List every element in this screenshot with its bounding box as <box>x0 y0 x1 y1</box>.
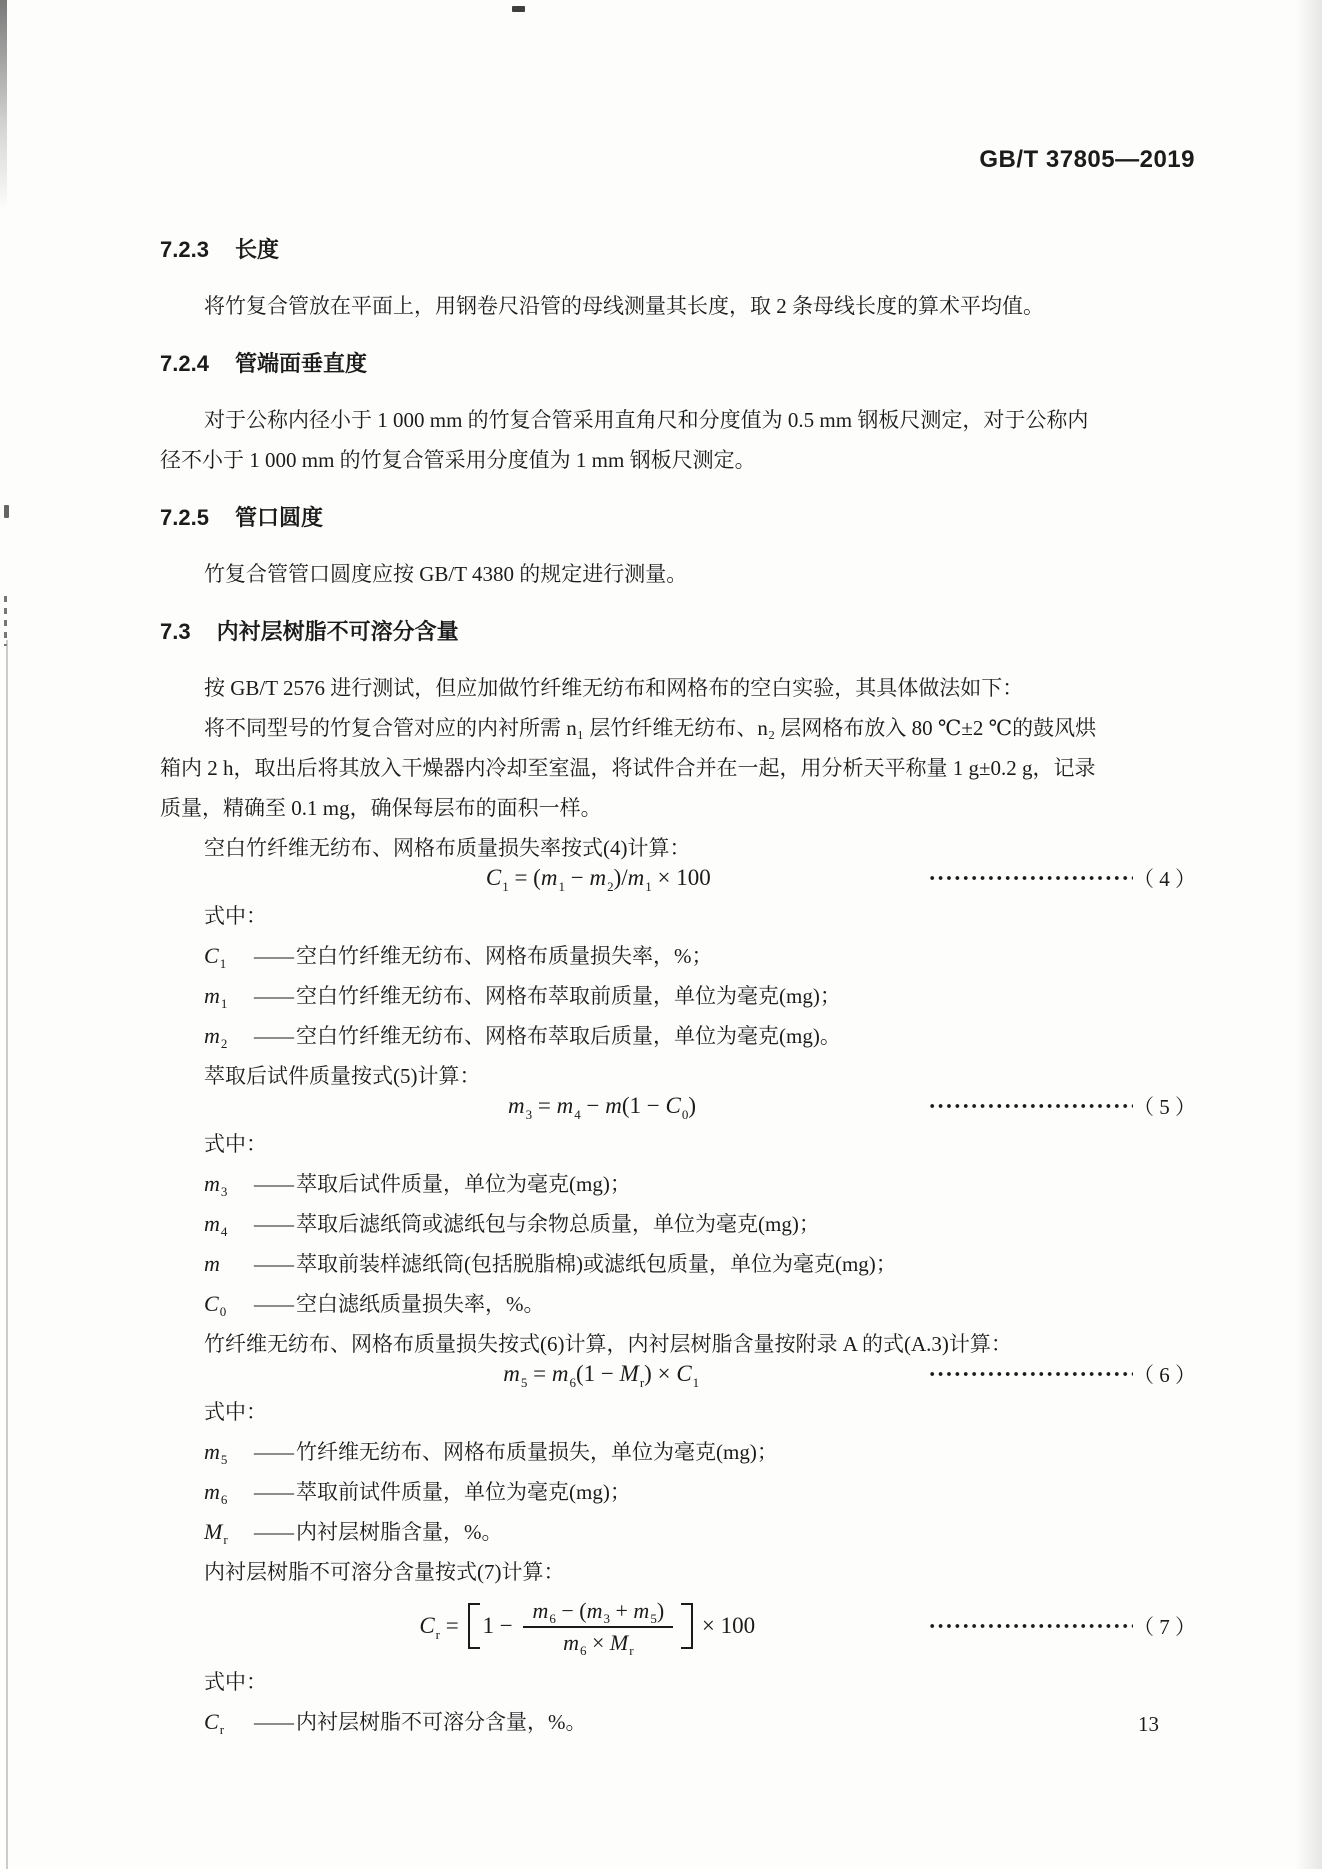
section-heading: 7.2.3长度 <box>160 230 1195 270</box>
math-operator: ) <box>657 1598 664 1623</box>
definition-variable: m <box>204 1244 254 1284</box>
section-number: 7.2.4 <box>160 351 209 376</box>
definition-description: 空白竹纤维无纺布、网格布质量损失率，%； <box>296 936 1195 976</box>
right-square-bracket <box>681 1603 693 1650</box>
math-variable: m3 <box>587 1598 610 1623</box>
math-variable-letter: m <box>204 1439 220 1464</box>
definition-variable: m2 <box>204 1016 254 1056</box>
math-variable: m1 <box>628 865 652 891</box>
math-operator: − ( <box>556 1598 587 1623</box>
math-variable-letter: C <box>486 865 501 890</box>
definition-row: m4——萃取后滤纸筒或滤纸包与余物总质量，单位为毫克(mg)； <box>160 1204 1195 1244</box>
section-heading: 7.3内衬层树脂不可溶分含量 <box>160 612 1195 652</box>
math-variable-letter: m <box>204 983 220 1008</box>
math-variable-letter: m <box>563 1630 579 1655</box>
math-subscript: r <box>629 1643 633 1658</box>
math-variable-letter: C <box>419 1613 434 1638</box>
math-variable-letter: C <box>204 1291 219 1316</box>
math-variable: Cr <box>204 1709 224 1734</box>
definition-description: 萃取前装样滤纸筒(包括脱脂棉)或滤纸包质量，单位为毫克(mg)； <box>296 1244 1195 1284</box>
definition-description: 萃取后试件质量，单位为毫克(mg)； <box>296 1164 1195 1204</box>
formula-7: Cr = 1 − m6 − (m3 + m5)m6 × Mr × 100 <box>419 1597 755 1656</box>
math-variable-letter: m <box>589 865 606 890</box>
math-variable-letter: m <box>204 1023 220 1048</box>
math-subscript: r <box>223 1532 227 1547</box>
left-square-bracket <box>468 1603 480 1650</box>
scan-artifact-left-hairline <box>6 640 8 1869</box>
math-variable: C1 <box>204 943 226 968</box>
math-variable: C0 <box>665 1093 688 1119</box>
math-subscript: 4 <box>221 1224 228 1239</box>
formula-pre: 1 − <box>483 1613 519 1639</box>
math-variable: Mr <box>204 1519 228 1544</box>
scan-artifact-right-shade <box>1296 0 1322 1869</box>
definition-description: 内衬层树脂不可溶分含量，%。 <box>296 1702 1195 1742</box>
paragraph-line: 式中： <box>160 1124 1195 1164</box>
section-number: 7.2.3 <box>160 237 209 262</box>
math-operator: − <box>581 1093 605 1119</box>
definition-row: C1——空白竹纤维无纺布、网格布质量损失率，%； <box>160 936 1195 976</box>
math-subscript: 3 <box>221 1184 228 1199</box>
paragraph-line: 式中： <box>160 896 1195 936</box>
math-subscript: 5 <box>221 1452 228 1467</box>
formula-dotted-leader <box>928 1623 1133 1629</box>
math-variable-letter: C <box>204 1709 219 1734</box>
definition-dash: —— <box>254 976 292 1016</box>
definition-row: Cr——内衬层树脂不可溶分含量，%。 <box>160 1702 1195 1742</box>
page-content: GB/T 37805—2019 7.2.3长度将竹复合管放在平面上，用钢卷尺沿管… <box>160 0 1195 1742</box>
formula-dotted-leader <box>928 1103 1133 1109</box>
math-variable-letter: C <box>665 1093 680 1118</box>
math-operator: = <box>527 1361 551 1387</box>
math-variable: m2 <box>204 1023 227 1048</box>
section-heading: 7.2.4管端面垂直度 <box>160 344 1195 384</box>
definition-row: m2——空白竹纤维无纺布、网格布萃取后质量，单位为毫克(mg)。 <box>160 1016 1195 1056</box>
math-variable-letter: m <box>204 1479 220 1504</box>
math-operator: (1 − <box>622 1093 666 1119</box>
formula-6: m5 = m6(1 − Mr) × C1 <box>503 1361 699 1387</box>
paragraph-line: 质量，精确至 0.1 mg，确保每层布的面积一样。 <box>160 788 1195 828</box>
paragraph-line: 箱内 2 h，取出后将其放入干燥器内冷却至室温，将试件合并在一起，用分析天平称量… <box>160 748 1195 788</box>
definition-description: 空白竹纤维无纺布、网格布萃取后质量，单位为毫克(mg)。 <box>296 1016 1195 1056</box>
section-heading: 7.2.5管口圆度 <box>160 498 1195 538</box>
formula-number: （ 5 ） <box>1133 1091 1195 1121</box>
math-variable-letter: M <box>620 1361 639 1386</box>
paragraph-line: 按 GB/T 2576 进行测试，但应加做竹纤维无纺布和网格布的空白实验，其具体… <box>160 668 1195 708</box>
math-variable: m1 <box>204 983 227 1008</box>
math-operator: = <box>532 1093 556 1119</box>
math-variable: m5 <box>503 1361 527 1387</box>
math-variable: m6 <box>204 1479 227 1504</box>
formula-row-7: Cr = 1 − m6 − (m3 + m5)m6 × Mr × 100（ 7 … <box>160 1584 1195 1668</box>
math-operator: × <box>586 1630 609 1655</box>
formula-4: C1 = (m1 − m2)/m1 × 100 <box>486 865 711 891</box>
definition-row: m3——萃取后试件质量，单位为毫克(mg)； <box>160 1164 1195 1204</box>
page-number: 13 <box>1138 1712 1159 1737</box>
formula-dotted-leader <box>928 1371 1133 1377</box>
math-variable-letter: m <box>633 1598 649 1623</box>
section-title: 长度 <box>235 237 279 262</box>
definition-variable: m4 <box>204 1204 254 1244</box>
section-title: 管口圆度 <box>235 505 323 530</box>
definition-row: m5——竹纤维无纺布、网格布质量损失，单位为毫克(mg)； <box>160 1432 1195 1472</box>
document-page: GB/T 37805—2019 7.2.3长度将竹复合管放在平面上，用钢卷尺沿管… <box>0 0 1322 1869</box>
definition-description: 竹纤维无纺布、网格布质量损失，单位为毫克(mg)； <box>296 1432 1195 1472</box>
math-variable: m3 <box>508 1093 532 1119</box>
math-operator: ) × <box>644 1361 676 1387</box>
math-variable-letter: m <box>628 865 645 890</box>
formula-5: m3 = m4 − m(1 − C0) <box>508 1093 696 1119</box>
math-subscript: 1 <box>221 996 228 1011</box>
paragraph-line: 对于公称内径小于 1 000 mm 的竹复合管采用直角尺和分度值为 0.5 mm… <box>160 400 1195 440</box>
fraction-numerator: m6 − (m3 + m5) <box>523 1597 673 1628</box>
definition-row: m1——空白竹纤维无纺布、网格布萃取前质量，单位为毫克(mg)； <box>160 976 1195 1016</box>
fraction-denominator: m6 × Mr <box>563 1628 633 1655</box>
definition-variable: m5 <box>204 1432 254 1472</box>
math-variable-letter: m <box>204 1251 220 1276</box>
definition-dash: —— <box>254 1244 292 1284</box>
formula-dotted-leader <box>928 875 1133 881</box>
math-variable-letter: m <box>204 1171 220 1196</box>
section-title: 内衬层树脂不可溶分含量 <box>217 619 459 644</box>
math-variable: m5 <box>633 1598 656 1623</box>
math-variable: m <box>605 1093 622 1119</box>
definition-dash: —— <box>254 1204 292 1244</box>
math-variable-letter: M <box>204 1519 222 1544</box>
math-subscript: 1 <box>693 1375 700 1390</box>
math-operator: × 100 <box>652 865 711 891</box>
math-variable: m1 <box>541 865 565 891</box>
math-subscript: r <box>220 1722 224 1737</box>
definition-dash: —— <box>254 1016 292 1056</box>
paragraph-line: 式中： <box>160 1392 1195 1432</box>
definition-dash: —— <box>254 1512 292 1552</box>
document-body: 7.2.3长度将竹复合管放在平面上，用钢卷尺沿管的母线测量其长度，取 2 条母线… <box>160 212 1195 1742</box>
math-operator: )/ <box>614 865 628 891</box>
math-variable: m6 <box>552 1361 576 1387</box>
definition-variable: C0 <box>204 1284 254 1324</box>
math-variable-letter: m <box>508 1093 525 1118</box>
math-variable-letter: m <box>532 1598 548 1623</box>
math-variable-letter: m <box>557 1093 574 1118</box>
scan-artifact-left-dot <box>4 505 9 518</box>
paragraph-line: 竹复合管管口圆度应按 GB/T 4380 的规定进行测量。 <box>160 554 1195 594</box>
formula-number: （ 6 ） <box>1133 1359 1195 1389</box>
math-operator: (1 − <box>576 1361 620 1387</box>
math-variable: C1 <box>486 865 509 891</box>
definition-row: C0——空白滤纸质量损失率，%。 <box>160 1284 1195 1324</box>
math-variable: m4 <box>204 1211 227 1236</box>
formula-post: × 100 <box>696 1613 755 1639</box>
math-variable-letter: m <box>503 1361 520 1386</box>
fraction: m6 − (m3 + m5)m6 × Mr <box>523 1597 673 1656</box>
math-variable: m3 <box>204 1171 227 1196</box>
math-variable-letter: m <box>605 1093 622 1118</box>
math-operator: − <box>565 865 589 891</box>
math-variable: Mr <box>610 1630 634 1655</box>
definition-description: 空白滤纸质量损失率，%。 <box>296 1284 1195 1324</box>
math-operator: ) <box>688 1093 696 1119</box>
definition-description: 内衬层树脂含量，%。 <box>296 1512 1195 1552</box>
section-number: 7.2.5 <box>160 505 209 530</box>
definition-description: 萃取后滤纸筒或滤纸包与余物总质量，单位为毫克(mg)； <box>296 1204 1195 1244</box>
formula-number: （ 4 ） <box>1133 863 1195 893</box>
math-subscript: 2 <box>221 1036 228 1051</box>
scan-artifact-left-streak <box>0 0 7 210</box>
definition-dash: —— <box>254 1702 292 1742</box>
scan-artifact-left-dashes <box>4 596 7 646</box>
section-number: 7.3 <box>160 619 191 644</box>
definition-dash: —— <box>254 1472 292 1512</box>
math-variable: m6 <box>532 1598 555 1623</box>
definition-row: m——萃取前装样滤纸筒(包括脱脂棉)或滤纸包质量，单位为毫克(mg)； <box>160 1244 1195 1284</box>
definition-dash: —— <box>254 1164 292 1204</box>
paragraph-line: 将不同型号的竹复合管对应的内衬所需 n₁ 层竹纤维无纺布、n₂ 层网格布放入 8… <box>160 708 1195 748</box>
paragraph-line: 将竹复合管放在平面上，用钢卷尺沿管的母线测量其长度，取 2 条母线长度的算术平均… <box>160 286 1195 326</box>
section-title: 管端面垂直度 <box>235 351 367 376</box>
paragraph-line: 径不小于 1 000 mm 的竹复合管采用分度值为 1 mm 钢板尺测定。 <box>160 440 1195 480</box>
math-variable: m4 <box>557 1093 581 1119</box>
math-variable: Mr <box>620 1361 645 1387</box>
math-variable-letter: m <box>552 1361 569 1386</box>
definition-variable: Mr <box>204 1512 254 1552</box>
math-variable: C0 <box>204 1291 226 1316</box>
standard-code-header: GB/T 37805—2019 <box>160 140 1195 180</box>
math-variable: m2 <box>589 865 613 891</box>
math-variable-letter: m <box>587 1598 603 1623</box>
math-operator: = ( <box>509 865 541 891</box>
definition-variable: m3 <box>204 1164 254 1204</box>
definition-dash: —— <box>254 1432 292 1472</box>
math-variable: Cr <box>419 1613 440 1639</box>
math-variable-letter: C <box>676 1361 691 1386</box>
definition-row: m6——萃取前试件质量，单位为毫克(mg)； <box>160 1472 1195 1512</box>
definition-dash: —— <box>254 936 292 976</box>
math-variable: m5 <box>204 1439 227 1464</box>
formula-number: （ 7 ） <box>1133 1611 1195 1641</box>
math-subscript: 6 <box>221 1492 228 1507</box>
definition-variable: C1 <box>204 936 254 976</box>
math-variable-letter: m <box>541 865 558 890</box>
definition-description: 萃取前试件质量，单位为毫克(mg)； <box>296 1472 1195 1512</box>
math-operator: = <box>440 1613 464 1639</box>
math-variable: m6 <box>563 1630 586 1655</box>
definition-variable: Cr <box>204 1702 254 1742</box>
math-variable-letter: m <box>204 1211 220 1236</box>
math-subscript: 0 <box>220 1304 227 1319</box>
math-variable: C1 <box>676 1361 699 1387</box>
math-variable-letter: M <box>610 1630 628 1655</box>
math-operator: + <box>610 1598 633 1623</box>
math-variable: m <box>204 1251 220 1276</box>
definition-dash: —— <box>254 1284 292 1324</box>
definition-variable: m1 <box>204 976 254 1016</box>
definition-description: 空白竹纤维无纺布、网格布萃取前质量，单位为毫克(mg)； <box>296 976 1195 1016</box>
math-variable-letter: C <box>204 943 219 968</box>
paragraph-line: 式中： <box>160 1662 1195 1702</box>
math-subscript: 1 <box>220 956 227 971</box>
definition-row: Mr——内衬层树脂含量，%。 <box>160 1512 1195 1552</box>
definition-variable: m6 <box>204 1472 254 1512</box>
